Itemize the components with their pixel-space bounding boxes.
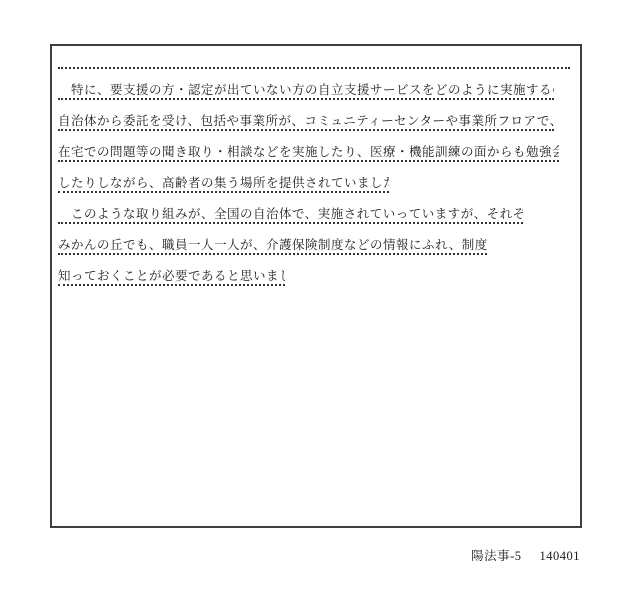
manuscript-line-text: みかんの丘でも、職員一人一人が、介護保険制度などの情報にふれ、制度の流れについて… bbox=[58, 238, 487, 255]
manuscript-line-7: 知っておくことが必要であると思いました。 bbox=[58, 255, 575, 286]
manuscript-line-2: 自治体から委託を受け、包括や事業所が、コミュニティーセンターや事業所フロアで、運… bbox=[58, 100, 575, 131]
manuscript-line-text: 在宅での問題等の聞き取り・相談などを実施したり、医療・機能訓練の面からも勉強会な… bbox=[58, 145, 559, 162]
manuscript-line-1: 特に、要支援の方・認定が出ていない方の自立支援サービスをどのように実施するのか。 bbox=[58, 69, 575, 100]
manuscript-line-text: したりしながら、高齢者の集う場所を提供されていました。（介護保険を使わずに） bbox=[58, 176, 389, 193]
dotted-rule-top bbox=[58, 51, 570, 69]
manuscript-line-text: 特に、要支援の方・認定が出ていない方の自立支援サービスをどのように実施するのか。 bbox=[58, 83, 554, 100]
manuscript-line-text: 知っておくことが必要であると思いました。 bbox=[58, 269, 285, 286]
scanned-document-frame: 特に、要支援の方・認定が出ていない方の自立支援サービスをどのように実施するのか。… bbox=[50, 44, 582, 528]
manuscript-line-text: 自治体から委託を受け、包括や事業所が、コミュニティーセンターや事業所フロアで、運… bbox=[58, 114, 554, 131]
document-number: 140401 bbox=[540, 549, 581, 563]
document-footer: 陽法事-5140401 bbox=[0, 546, 580, 564]
document-content: 特に、要支援の方・認定が出ていない方の自立支援サービスをどのように実施するのか。… bbox=[52, 46, 580, 286]
document-code: 陽法事-5 bbox=[471, 549, 521, 563]
manuscript-line-text: このような取り組みが、全国の自治体で、実施されていっていますが、それぞれの事業所… bbox=[58, 207, 523, 224]
manuscript-line-6: みかんの丘でも、職員一人一人が、介護保険制度などの情報にふれ、制度の流れについて… bbox=[58, 224, 575, 255]
manuscript-line-4: したりしながら、高齢者の集う場所を提供されていました。（介護保険を使わずに） bbox=[58, 162, 575, 193]
manuscript-line-5: このような取り組みが、全国の自治体で、実施されていっていますが、それぞれの事業所… bbox=[58, 193, 575, 224]
manuscript-line-3: 在宅での問題等の聞き取り・相談などを実施したり、医療・機能訓練の面からも勉強会な… bbox=[58, 131, 575, 162]
